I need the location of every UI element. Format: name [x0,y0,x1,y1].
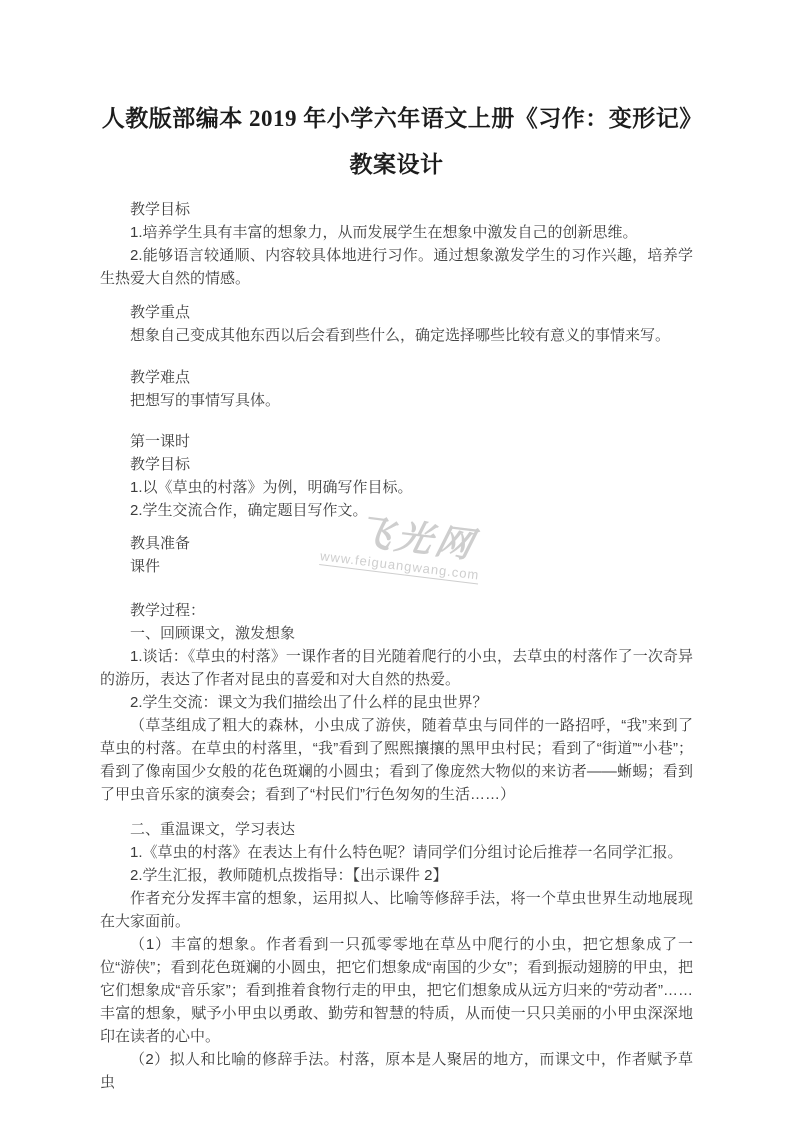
section-heading: 教学难点 [100,366,693,389]
paragraph: 2.学生交流合作，确定题目写作文。 [100,499,693,522]
paragraph: 1.谈话：《草虫的村落》一课作者的目光随着爬行的小虫，去草虫的村落作了一次奇异的… [100,645,693,691]
paragraph-spacer [100,412,693,430]
paragraph: 把想写的事情写具体。 [100,389,693,412]
section-heading: 第一课时 [100,430,693,453]
paragraph: 课件 [100,555,693,578]
section-heading: 教学过程： [100,599,693,622]
paragraph: 2.学生汇报，教师随机点拨指导：【出示课件 2】 [100,864,693,887]
section-heading: 教具准备 [100,532,693,555]
paragraph: 2.学生交流：课文为我们描绘出了什么样的昆虫世界？ [100,691,693,714]
paragraph-spacer [100,347,693,366]
paragraph: （草茎组成了粗大的森林，小虫成了游侠，随着草虫与同伴的一路招呼，“我”来到了草虫… [100,714,693,806]
section-heading: 教学目标 [100,198,693,221]
section-heading: 教学目标 [100,453,693,476]
paragraph: 1.以《草虫的村落》为例，明确写作目标。 [100,476,693,499]
document-page: 人教版部编本 2019 年小学六年语文上册《习作：变形记》教案设计 飞光网 ww… [0,0,793,1122]
paragraph-spacer [100,290,693,301]
paragraph: 1.培养学生具有丰富的想象力，从而发展学生在想象中激发自己的创新思维。 [100,221,693,244]
document-body: 教学目标1.培养学生具有丰富的想象力，从而发展学生在想象中激发自己的创新思维。2… [100,198,693,1094]
paragraph: （1）丰富的想象。作者看到一只孤零零地在草丛中爬行的小虫，把它想象成了一位“游侠… [100,933,693,1048]
paragraph-spacer [100,806,693,818]
section-heading: 二、重温课文，学习表达 [100,818,693,841]
paragraph-spacer [100,578,693,599]
section-heading: 教学重点 [100,301,693,324]
section-heading: 一、回顾课文，激发想象 [100,622,693,645]
paragraph: （2）拟人和比喻的修辞手法。村落，原本是人聚居的地方，而课文中，作者赋予草虫 [100,1048,693,1094]
paragraph: 2.能够语言较通顺、内容较具体地进行习作。通过想象激发学生的习作兴趣，培养学生热… [100,244,693,290]
document-title: 人教版部编本 2019 年小学六年语文上册《习作：变形记》教案设计 [97,0,697,188]
paragraph-spacer [100,522,693,532]
paragraph: 作者充分发挥丰富的想象，运用拟人、比喻等修辞手法，将一个草虫世界生动地展现在大家… [100,887,693,933]
paragraph: 1.《草虫的村落》在表达上有什么特色呢？请同学们分组讨论后推荐一名同学汇报。 [100,841,693,864]
paragraph: 想象自己变成其他东西以后会看到些什么，确定选择哪些比较有意义的事情来写。 [100,324,693,347]
